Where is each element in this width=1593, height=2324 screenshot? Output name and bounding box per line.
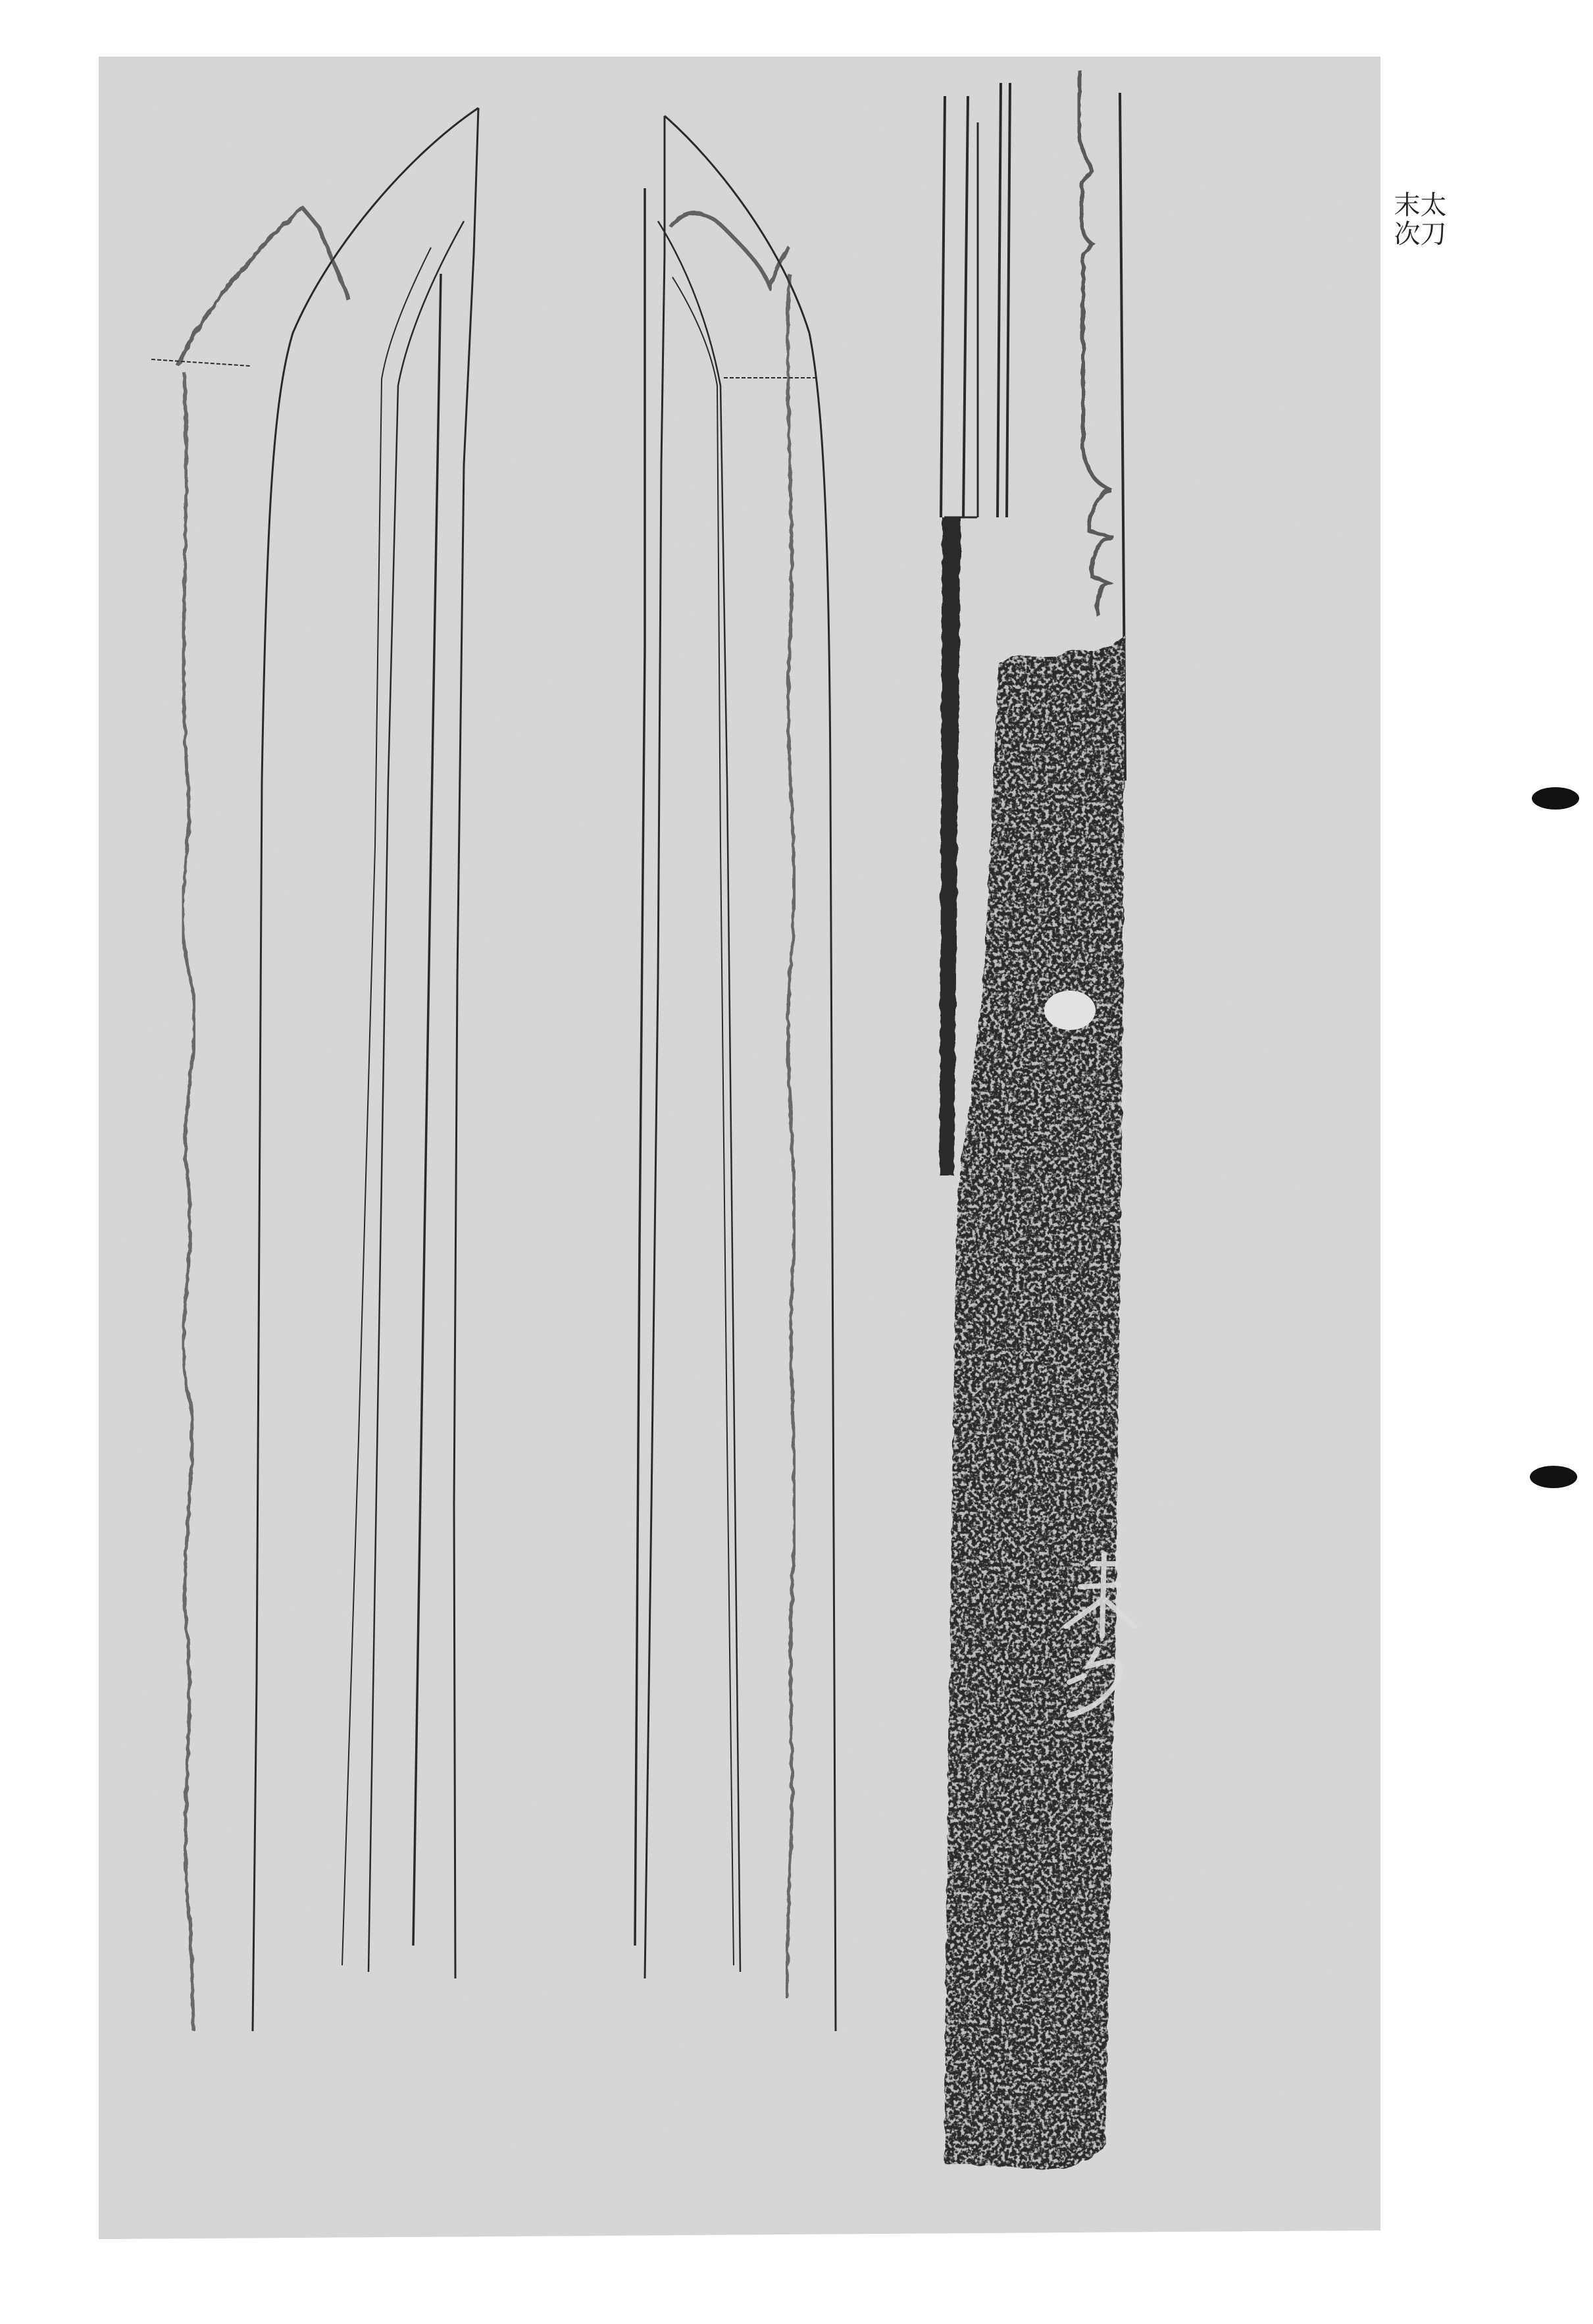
caption: 太刀 末次 bbox=[1392, 191, 1444, 249]
caption-type: 太刀 bbox=[1418, 191, 1444, 249]
binder-hole-mark bbox=[1532, 787, 1579, 810]
mekugi-hole bbox=[1044, 991, 1096, 1030]
caption-smith: 末次 bbox=[1392, 191, 1418, 249]
oshigata-drawing bbox=[99, 57, 1380, 2239]
binder-hole-mark bbox=[1530, 1466, 1577, 1488]
illustration-plate bbox=[99, 57, 1380, 2239]
